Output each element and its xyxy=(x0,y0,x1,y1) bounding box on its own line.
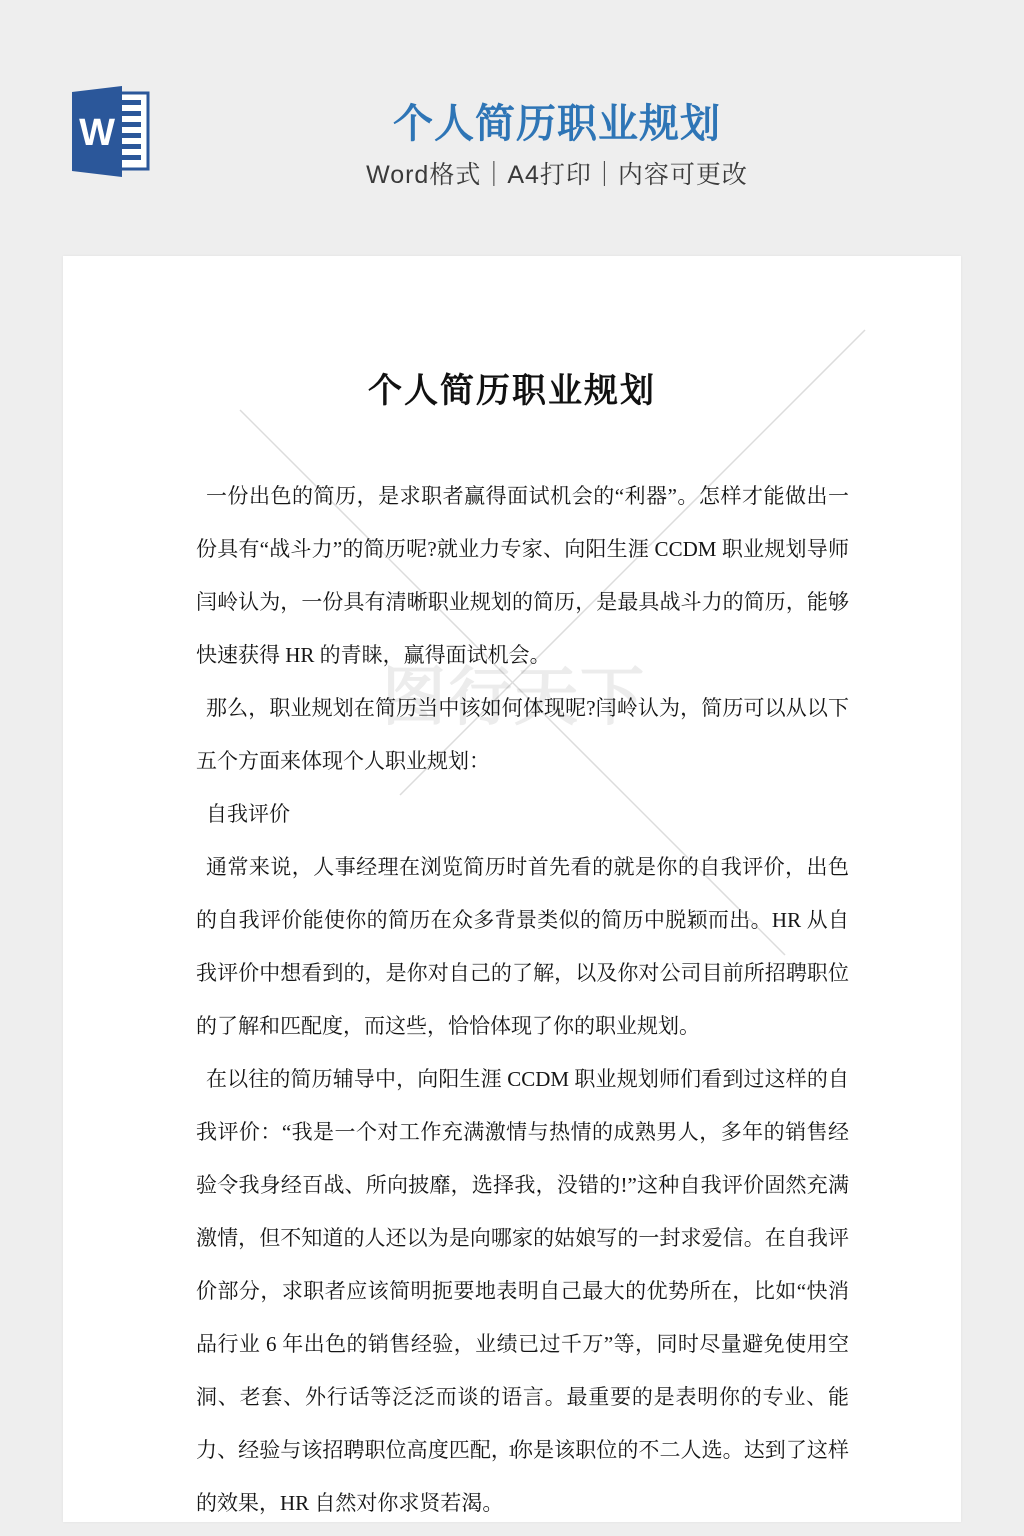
template-title: 个人简历职业规划 xyxy=(45,92,1024,149)
document-paragraph: 自我评价 xyxy=(196,788,849,841)
document-paragraph: 通常来说，人事经理在浏览简历时首先看的就是你的自我评价，出色的自我评价能使你的简… xyxy=(196,841,849,1053)
page-background: W 个人简历职业规划 Word格式｜A4打印｜内容可更改 图行天下 个人简历职业… xyxy=(0,0,1024,1536)
template-subtitle: Word格式｜A4打印｜内容可更改 xyxy=(45,155,1024,191)
document-paragraph: 一份出色的简历，是求职者赢得面试机会的“利器”。怎样才能做出一份具有“战斗力”的… xyxy=(196,470,849,682)
page-number: 1 xyxy=(63,1441,961,1461)
document-title: 个人简历职业规划 xyxy=(63,363,961,412)
document-body: 一份出色的简历，是求职者赢得面试机会的“利器”。怎样才能做出一份具有“战斗力”的… xyxy=(196,470,849,1530)
document-paragraph: 那么，职业规划在简历当中该如何体现呢?闫岭认为，简历可以从以下五个方面来体现个人… xyxy=(196,682,849,788)
document-page: 图行天下 个人简历职业规划 一份出色的简历，是求职者赢得面试机会的“利器”。怎样… xyxy=(63,256,961,1522)
